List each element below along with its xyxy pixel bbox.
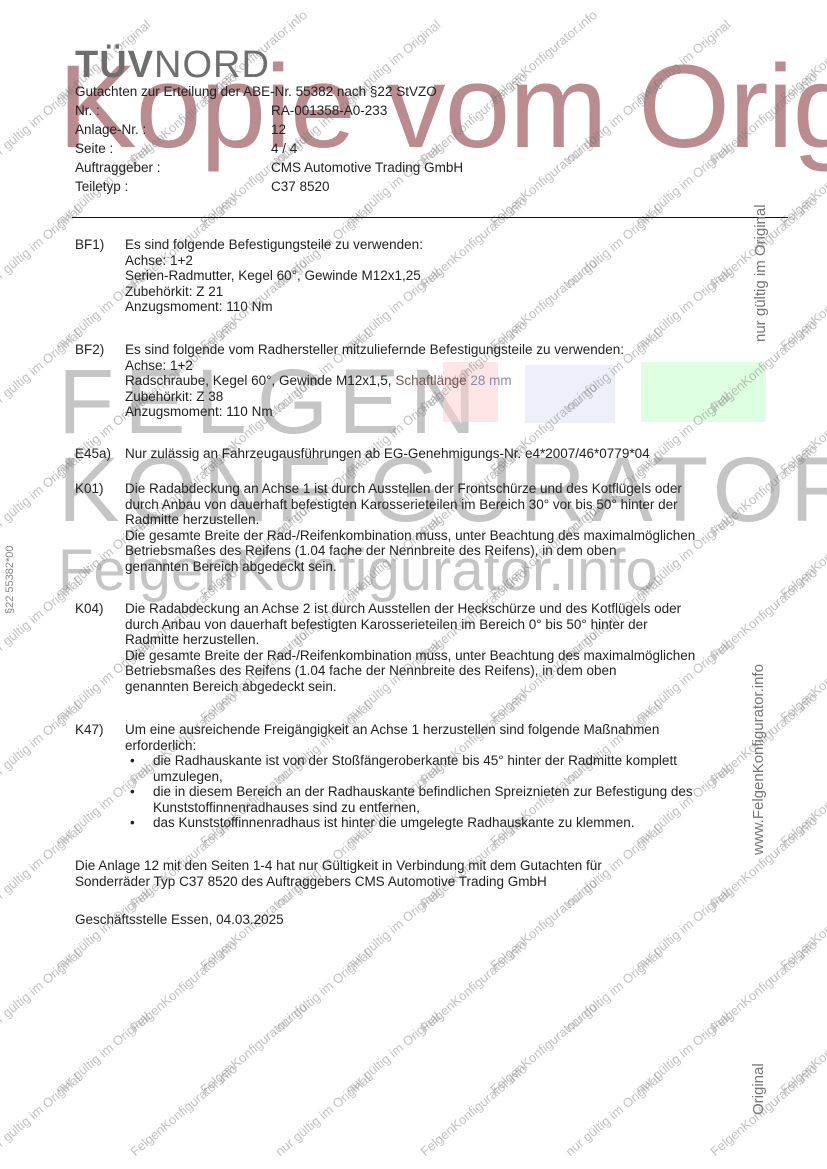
header-divider: [72, 217, 788, 218]
section-line: Die gesamte Breite der Rad-/Reifenkombin…: [125, 528, 790, 544]
side-watermark-bottom: Original: [750, 1063, 767, 1115]
section-tag: K01): [75, 481, 104, 497]
list-item: die in diesem Bereich an der Radhauskant…: [125, 784, 790, 815]
section-line: Radschraube, Kegel 60°, Gewinde M12x1,5,…: [125, 373, 790, 389]
header-label-auftraggeber: Auftraggeber :: [75, 160, 161, 176]
section-tag: K04): [75, 601, 104, 617]
section-line: Anzugsmoment: 110 Nm: [125, 299, 790, 315]
list-item: die Radhauskante ist von der Stoßfängero…: [125, 753, 790, 784]
section-line: erforderlich:: [125, 738, 790, 754]
diagonal-watermark: nur gültig im Original: [0, 823, 83, 911]
schaftlaenge-value: 28 mm: [470, 373, 511, 388]
closing-line-2: Sonderräder Typ C37 8520 des Auftraggebe…: [75, 874, 547, 890]
document-page: Kopie vom Original FELGEN KONFIGURATOR F…: [0, 0, 827, 1169]
side-watermark-top: nur gültig im Original: [752, 204, 769, 342]
section-line: durch Anbau von dauerhaft befestigten Ka…: [125, 497, 790, 513]
diagonal-watermark: nur gültig im Original: [0, 1071, 83, 1159]
section-line: Radmitte herzustellen.: [125, 512, 790, 528]
margin-approval-code: §22 55382*00: [4, 545, 16, 614]
section-tag: E45a): [75, 446, 111, 462]
measures-list: die Radhauskante ist von der Stoßfängero…: [125, 753, 790, 831]
diagonal-watermark: FelgenKonfigurator.info: [417, 1061, 530, 1159]
section-tag: BF2): [75, 342, 104, 358]
document-title: Gutachten zur Erteilung der ABE-Nr. 5538…: [75, 84, 437, 100]
section-line: Die Radabdeckung an Achse 2 ist durch Au…: [125, 601, 790, 617]
header-label-anlage: Anlage-Nr. :: [75, 122, 146, 138]
section-line: Nur zulässig an Fahrzeugausführungen ab …: [125, 446, 790, 462]
header-value-anlage: 12: [271, 122, 286, 138]
section-line: Zubehörkit: Z 38: [125, 389, 790, 405]
diagonal-watermark: nur gültig im Original: [0, 699, 83, 787]
section-line: Betriebsmaßes des Reifens (1.04 fache de…: [125, 663, 790, 679]
section-tag: BF1): [75, 237, 104, 253]
header-value-teiletyp: C37 8520: [271, 179, 330, 195]
section-line: Es sind folgende Befestigungsteile zu ve…: [125, 237, 790, 253]
tuv-nord-logo: TÜVNORD: [75, 44, 270, 87]
closing-line-1: Die Anlage 12 mit den Seiten 1-4 hat nur…: [75, 858, 602, 874]
section-line: Serien-Radmutter, Kegel 60°, Gewinde M12…: [125, 268, 790, 284]
diagonal-watermark: nur gültig im Original: [0, 947, 83, 1035]
section-line: genannten Bereich abgedeckt sein.: [125, 679, 790, 695]
side-watermark-url: www.FelgenKonfigurator.info: [750, 664, 767, 855]
diagonal-watermark: nur gültig im Original: [272, 1071, 373, 1159]
header-label-teiletyp: Teiletyp :: [75, 179, 128, 195]
section-line: Es sind folgende vom Radhersteller mitzu…: [125, 342, 790, 358]
diagonal-watermark: nur gültig im Original: [0, 203, 83, 291]
schaftlaenge-label: Schaftlänge: [395, 373, 466, 388]
section-tag: K47): [75, 722, 104, 738]
section-line: Betriebsmaßes des Reifens (1.04 fache de…: [125, 543, 790, 559]
section-line: Achse: 1+2: [125, 253, 790, 269]
header-value-auftraggeber: CMS Automotive Trading GmbH: [271, 160, 463, 176]
signature-place-date: Geschäftsstelle Essen, 04.03.2025: [75, 912, 284, 928]
section-line: Achse: 1+2: [125, 358, 790, 374]
list-item: das Kunststoffinnenradhaus ist hinter di…: [125, 815, 790, 831]
header-value-nr: RA-001358-A0-233: [271, 103, 387, 119]
section-line: Anzugsmoment: 110 Nm: [125, 404, 790, 420]
diagonal-watermark: FelgenKonfigurator.info: [127, 1061, 240, 1159]
header-label-seite: Seite :: [75, 141, 113, 157]
section-line: genannten Bereich abgedeckt sein.: [125, 559, 790, 575]
section-line: Radmitte herzustellen.: [125, 632, 790, 648]
diagonal-watermark: nur gültig im Original: [562, 1071, 663, 1159]
section-line: durch Anbau von dauerhaft befestigten Ka…: [125, 617, 790, 633]
section-line: Die Radabdeckung an Achse 1 ist durch Au…: [125, 481, 790, 497]
section-line: Um eine ausreichende Freigängigkeit an A…: [125, 722, 790, 738]
section-line: Zubehörkit: Z 21: [125, 284, 790, 300]
section-line: Die gesamte Breite der Rad-/Reifenkombin…: [125, 648, 790, 664]
header-value-seite: 4 / 4: [271, 141, 297, 157]
header-label-nr: Nr. :: [75, 103, 100, 119]
